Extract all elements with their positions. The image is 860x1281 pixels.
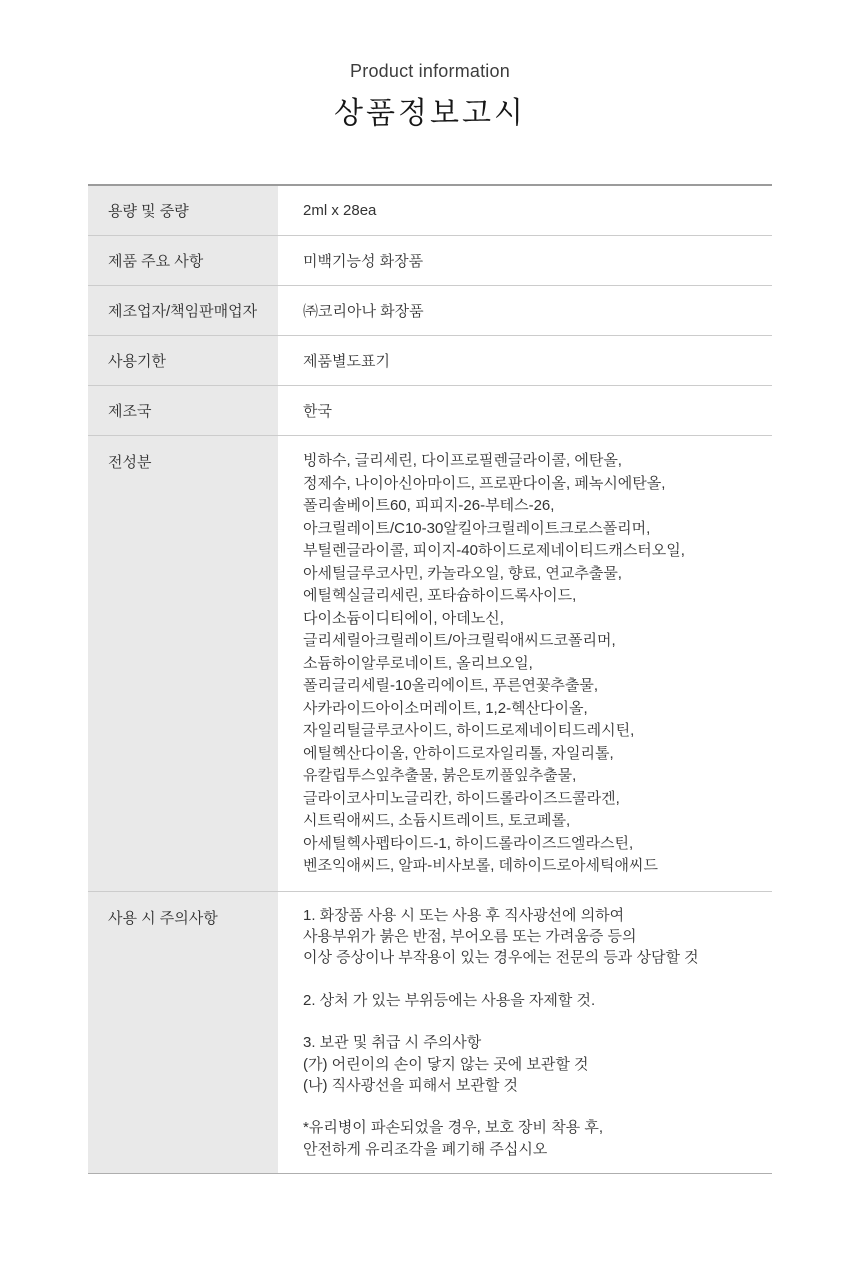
page-subtitle: Product information: [0, 60, 860, 82]
page-header: Product information 상품정보고시: [0, 0, 860, 133]
row-label: 제품 주요 사항: [88, 236, 278, 285]
row-label: 사용기한: [88, 336, 278, 385]
row-value: 한국: [278, 386, 772, 435]
row-label: 용량 및 중량: [88, 186, 278, 235]
row-label: 사용 시 주의사항: [88, 892, 278, 1174]
row-value: 제품별도표기: [278, 336, 772, 385]
row-value: 미백기능성 화장품: [278, 236, 772, 285]
row-value: 빙하수, 글리세린, 다이프로필렌글라이콜, 에탄올, 정제수, 나이아신아마이…: [278, 436, 772, 891]
row-label: 제조국: [88, 386, 278, 435]
page-title: 상품정보고시: [0, 95, 860, 133]
table-row-precautions: 사용 시 주의사항 1. 화장품 사용 시 또는 사용 후 직사광선에 의하여 …: [88, 892, 772, 1175]
row-label: 전성분: [88, 436, 278, 891]
table-row-manufacturer: 제조업자/책임판매업자 ㈜코리아나 화장품: [88, 286, 772, 336]
row-value: ㈜코리아나 화장품: [278, 286, 772, 335]
table-row-expiry: 사용기한 제품별도표기: [88, 336, 772, 386]
row-value: 1. 화장품 사용 시 또는 사용 후 직사광선에 의하여 사용부위가 붉은 반…: [278, 892, 772, 1174]
table-row-country: 제조국 한국: [88, 386, 772, 436]
table-row-product-feature: 제품 주요 사항 미백기능성 화장품: [88, 236, 772, 286]
row-label: 제조업자/책임판매업자: [88, 286, 278, 335]
row-value: 2ml x 28ea: [278, 186, 772, 235]
table-row-ingredients: 전성분 빙하수, 글리세린, 다이프로필렌글라이콜, 에탄올, 정제수, 나이아…: [88, 436, 772, 892]
table-row-volume: 용량 및 중량 2ml x 28ea: [88, 186, 772, 236]
product-info-table: 용량 및 중량 2ml x 28ea 제품 주요 사항 미백기능성 화장품 제조…: [88, 184, 772, 1174]
